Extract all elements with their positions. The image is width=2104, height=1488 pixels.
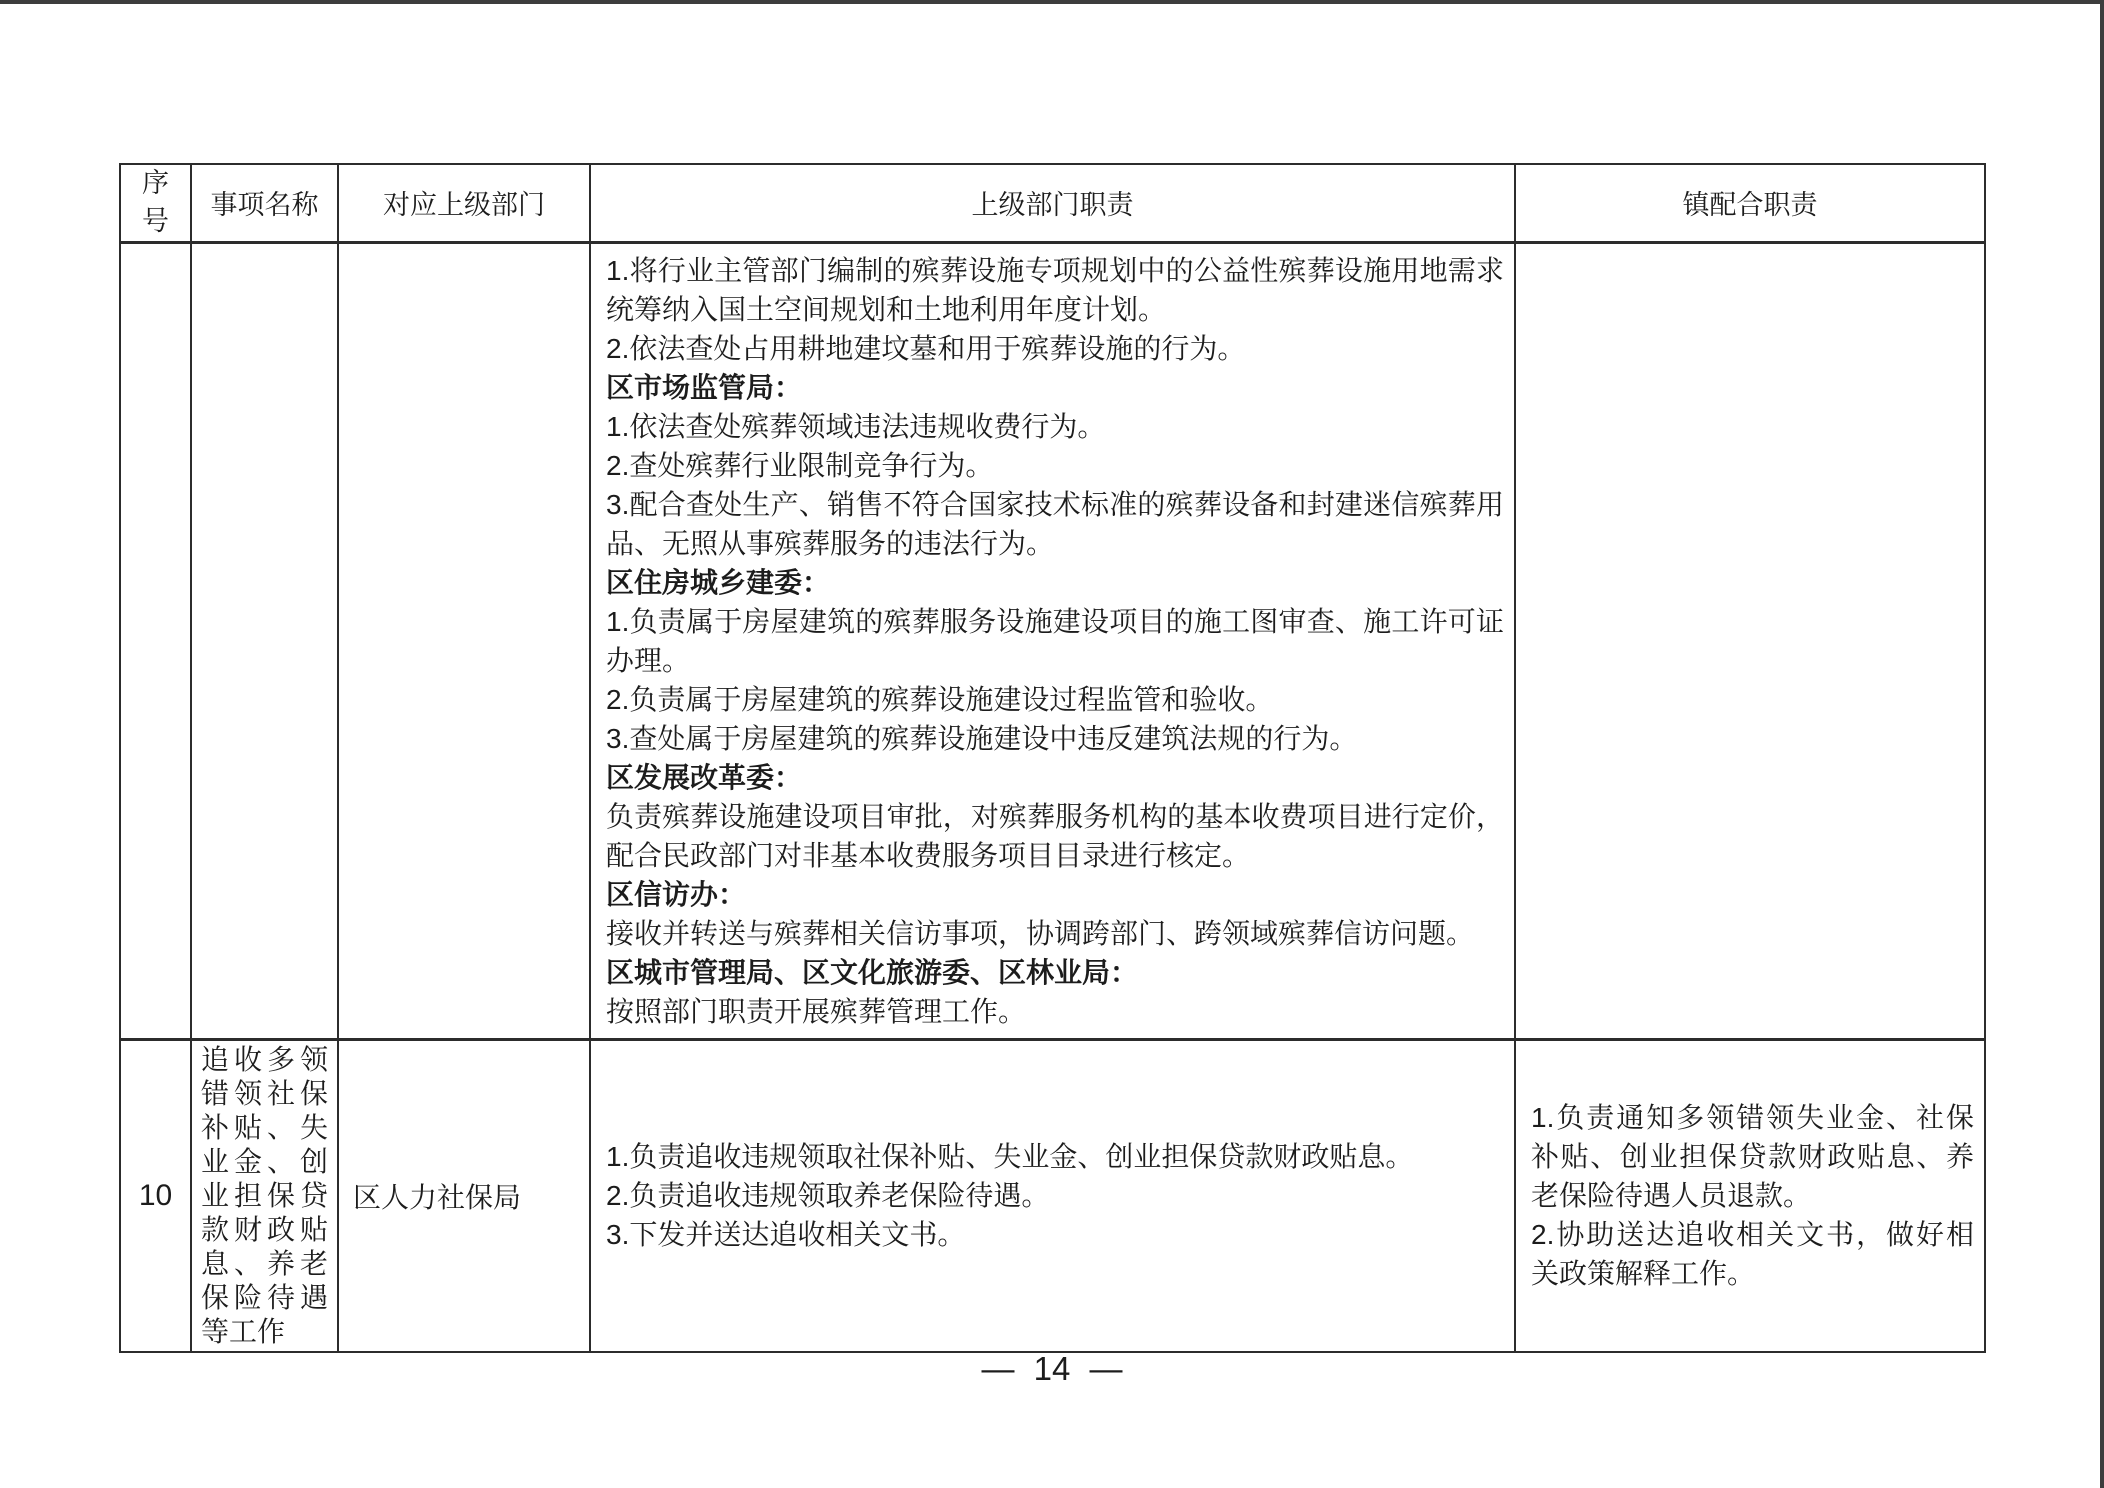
row9-town-duties-cell: [1515, 242, 1985, 1039]
row9-department-cell: [338, 242, 590, 1039]
duty-line: 3.下发并送达追收相关文书。: [606, 1215, 1504, 1254]
header-seq: 序号: [120, 164, 191, 242]
row9-superior-duties-cell: 1.将行业主管部门编制的殡葬设施专项规划中的公益性殡葬设施用地需求统筹纳入国土空…: [590, 242, 1515, 1039]
duty-dept-heading: 区住房城乡建委：: [606, 563, 1504, 602]
page-number: — 14 —: [0, 1350, 2104, 1388]
header-town-duties: 镇配合职责: [1515, 164, 1985, 242]
header-seq-label: 序号: [139, 165, 171, 241]
duty-line: 负责殡葬设施建设项目审批，对殡葬服务机构的基本收费项目进行定价，配合民政部门对非…: [606, 797, 1504, 875]
duty-line: 2.依法查处占用耕地建坟墓和用于殡葬设施的行为。: [606, 329, 1504, 368]
header-item-name: 事项名称: [191, 164, 338, 242]
row10-superior-duties-cell: 1.负责追收违规领取社保补贴、失业金、创业担保贷款财政贴息。 2.负责追收违规领…: [590, 1039, 1515, 1352]
duty-line: 1.负责属于房屋建筑的殡葬服务设施建设项目的施工图审查、施工许可证办理。: [606, 602, 1504, 680]
duty-dept-heading: 区城市管理局、区文化旅游委、区林业局：: [606, 953, 1504, 992]
header-superior-duties: 上级部门职责: [590, 164, 1515, 242]
table-row-9-continued: 1.将行业主管部门编制的殡葬设施专项规划中的公益性殡葬设施用地需求统筹纳入国土空…: [120, 242, 1985, 1039]
duties-table: 序号 事项名称 对应上级部门 上级部门职责 镇配合职责 1.将行业主管部门编制的…: [119, 163, 1986, 1353]
duty-line: 2.负责追收违规领取养老保险待遇。: [606, 1176, 1504, 1215]
header-superior-department: 对应上级部门: [338, 164, 590, 242]
duty-dept-heading: 区市场监管局：: [606, 368, 1504, 407]
duty-line: 3.查处属于房屋建筑的殡葬设施建设中违反建筑法规的行为。: [606, 719, 1504, 758]
duty-line: 1.依法查处殡葬领域违法违规收费行为。: [606, 407, 1504, 446]
duty-dept-heading: 区发展改革委：: [606, 758, 1504, 797]
row10-seq-cell: 10: [120, 1039, 191, 1352]
duty-line: 按照部门职责开展殡葬管理工作。: [606, 992, 1504, 1031]
duty-dept-heading: 区信访办：: [606, 875, 1504, 914]
table-header-row: 序号 事项名称 对应上级部门 上级部门职责 镇配合职责: [120, 164, 1985, 242]
row10-department-cell: 区人力社保局: [338, 1039, 590, 1352]
duty-line: 1.负责追收违规领取社保补贴、失业金、创业担保贷款财政贴息。: [606, 1137, 1504, 1176]
duty-line: 2.协助送达追收相关文书，做好相关政策解释工作。: [1531, 1215, 1974, 1293]
row9-superior-duties-text: 1.将行业主管部门编制的殡葬设施专项规划中的公益性殡葬设施用地需求统筹纳入国土空…: [591, 244, 1514, 1038]
row10-item-name-cell: 追收多领错领社保补贴、失业金、创业担保贷款财政贴息、养老保险待遇等工作: [191, 1039, 338, 1352]
duty-line: 接收并转送与殡葬相关信访事项，协调跨部门、跨领域殡葬信访问题。: [606, 914, 1504, 953]
duty-line: 1.负责通知多领错领失业金、社保补贴、创业担保贷款财政贴息、养老保险待遇人员退款…: [1531, 1098, 1974, 1215]
row10-town-duties-text: 1.负责通知多领错领失业金、社保补贴、创业担保贷款财政贴息、养老保险待遇人员退款…: [1516, 1091, 1984, 1300]
duty-line: 2.查处殡葬行业限制竞争行为。: [606, 446, 1504, 485]
duty-line: 3.配合查处生产、销售不符合国家技术标准的殡葬设备和封建迷信殡葬用品、无照从事殡…: [606, 485, 1504, 563]
scan-edge-top: [0, 0, 2104, 4]
row10-superior-duties-text: 1.负责追收违规领取社保补贴、失业金、创业担保贷款财政贴息。 2.负责追收违规领…: [591, 1130, 1514, 1261]
row10-town-duties-cell: 1.负责通知多领错领失业金、社保补贴、创业担保贷款财政贴息、养老保险待遇人员退款…: [1515, 1039, 1985, 1352]
scan-edge-right: [2100, 0, 2104, 1488]
row9-item-name-cell: [191, 242, 338, 1039]
row9-seq-cell: [120, 242, 191, 1039]
table-row-10: 10 追收多领错领社保补贴、失业金、创业担保贷款财政贴息、养老保险待遇等工作 区…: [120, 1039, 1985, 1352]
duty-line: 2.负责属于房屋建筑的殡葬设施建设过程监管和验收。: [606, 680, 1504, 719]
duty-line: 1.将行业主管部门编制的殡葬设施专项规划中的公益性殡葬设施用地需求统筹纳入国土空…: [606, 251, 1504, 329]
